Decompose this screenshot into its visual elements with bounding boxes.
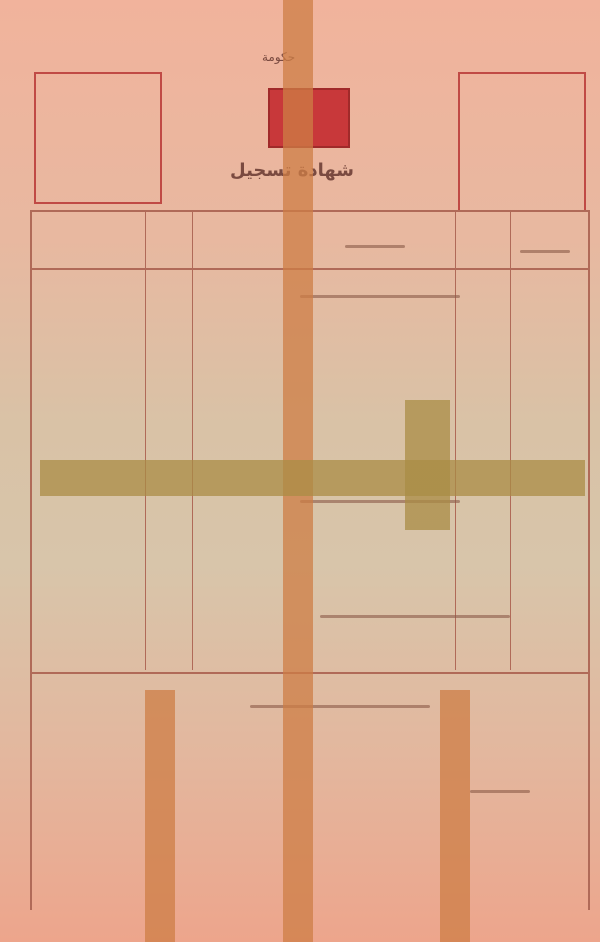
right-header-box (458, 72, 586, 212)
left-header-box (34, 72, 162, 204)
